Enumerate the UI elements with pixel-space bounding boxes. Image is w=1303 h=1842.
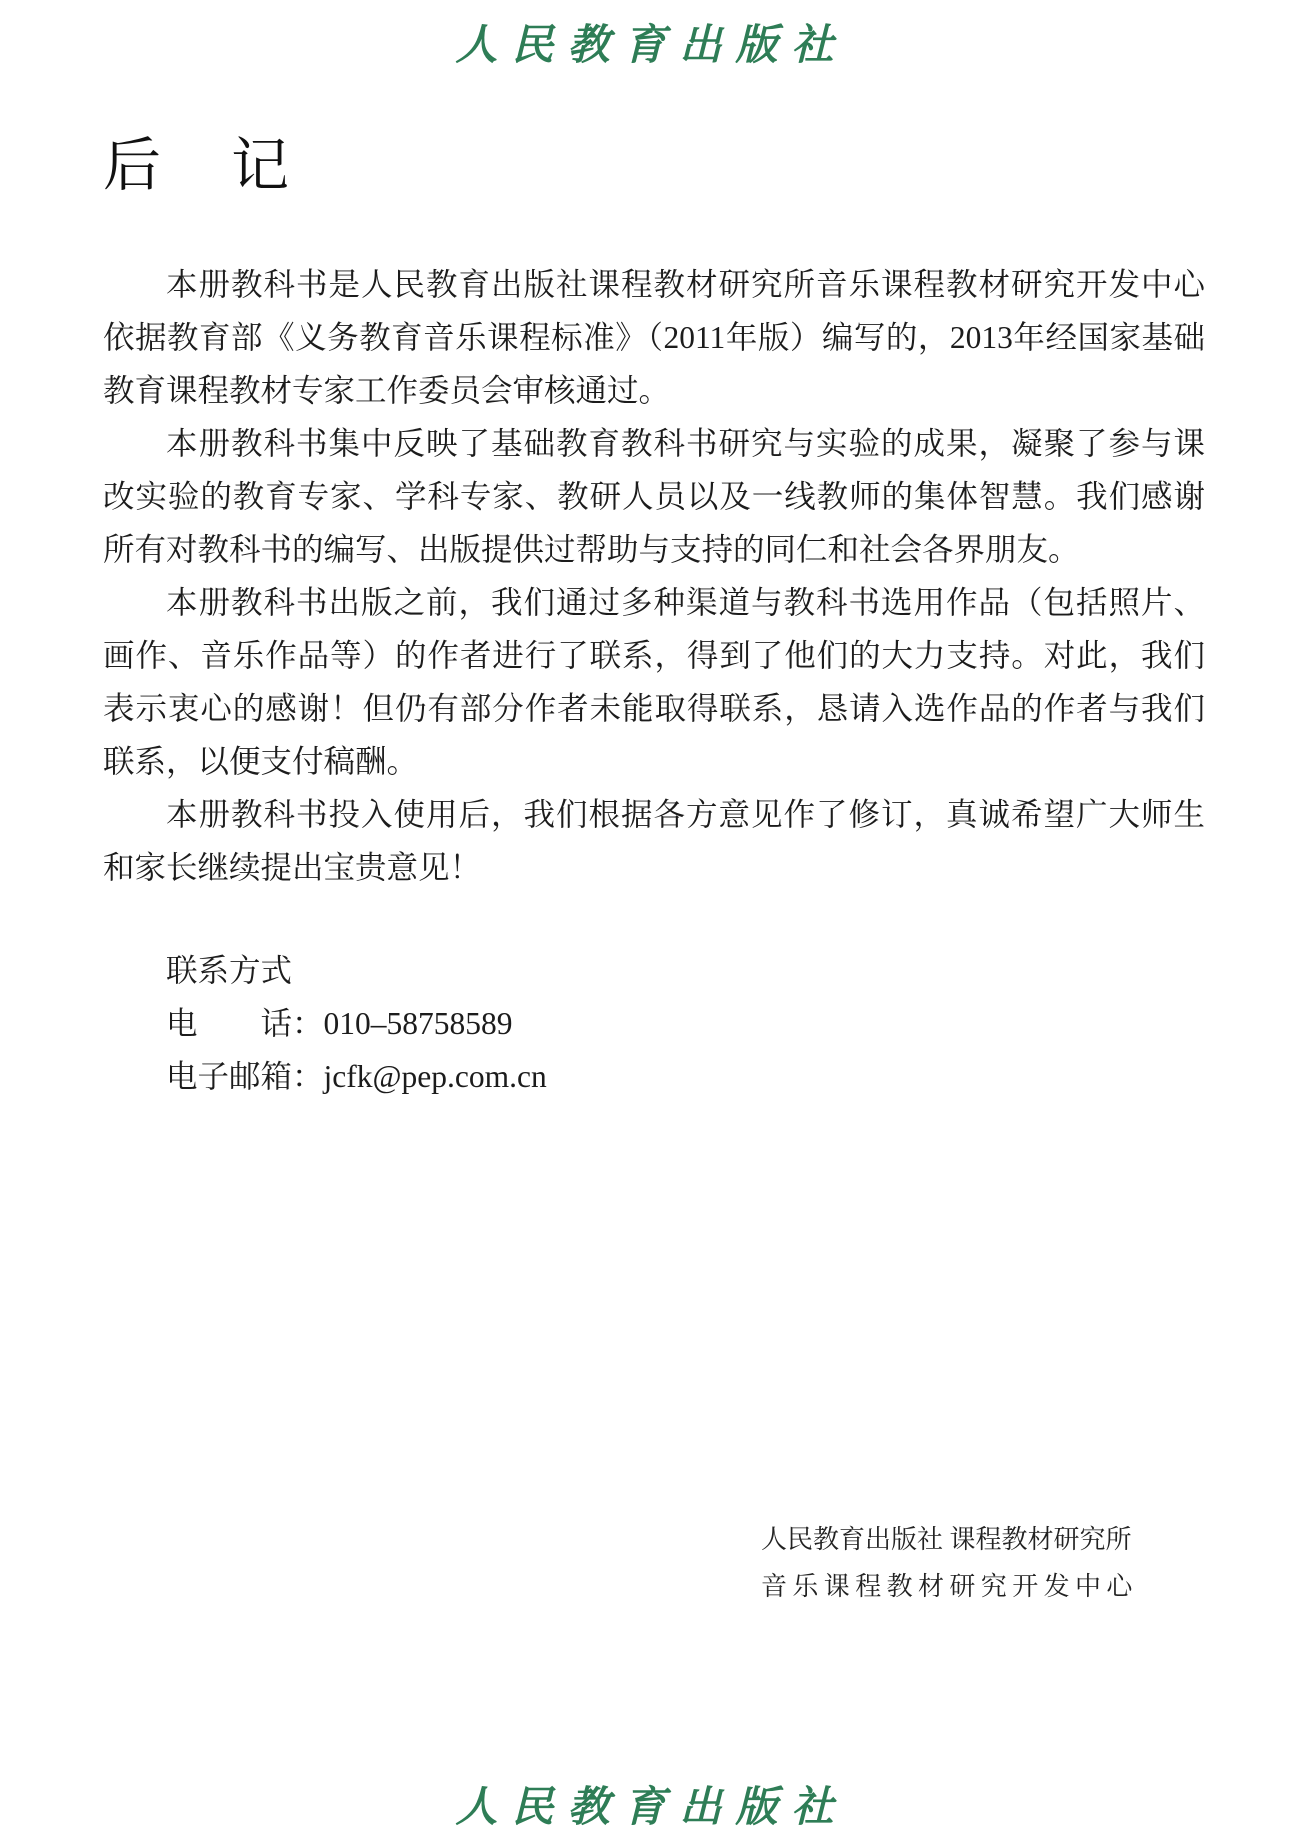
page-title: 后 记 [103,118,295,202]
phone-label: 电 话： [166,1006,324,1041]
contact-heading: 联系方式 [103,944,547,997]
contact-info: 联系方式 电 话：010–58758589 电子邮箱：jcfk@pep.com.… [103,944,547,1103]
contact-email-row: 电子邮箱：jcfk@pep.com.cn [103,1050,547,1103]
publisher-logo-bottom: 人民教育出版社 [0,1774,1303,1834]
phone-number: 010–58758589 [324,1006,513,1041]
signature-line-1: 人民教育出版社 课程教材研究所 [761,1516,1137,1563]
paragraph-3: 本册教科书出版之前，我们通过多种渠道与教科书选用作品（包括照片、画作、音乐作品等… [103,576,1205,788]
signature-line-2: 音乐课程教材研究开发中心 [761,1563,1137,1610]
document-page: 人民教育出版社 后 记 本册教科书是人民教育出版社课程教材研究所音乐课程教材研究… [0,0,1303,1842]
email-address: jcfk@pep.com.cn [324,1059,547,1094]
signature-block: 人民教育出版社 课程教材研究所 音乐课程教材研究开发中心 [761,1516,1137,1610]
publisher-logo-top: 人民教育出版社 [0,12,1303,72]
email-label: 电子邮箱： [166,1059,324,1094]
publisher-logo-bottom-text: 人民教育出版社 [455,1785,847,1831]
paragraph-2: 本册教科书集中反映了基础教育教科书研究与实验的成果，凝聚了参与课改实验的教育专家… [103,417,1205,576]
afterword-body: 本册教科书是人民教育出版社课程教材研究所音乐课程教材研究开发中心依据教育部《义务… [103,258,1205,894]
paragraph-4: 本册教科书投入使用后，我们根据各方意见作了修订，真诚希望广大师生和家长继续提出宝… [103,788,1205,894]
publisher-logo-top-text: 人民教育出版社 [455,23,847,69]
paragraph-1: 本册教科书是人民教育出版社课程教材研究所音乐课程教材研究开发中心依据教育部《义务… [103,258,1205,417]
contact-phone-row: 电 话：010–58758589 [103,997,547,1050]
